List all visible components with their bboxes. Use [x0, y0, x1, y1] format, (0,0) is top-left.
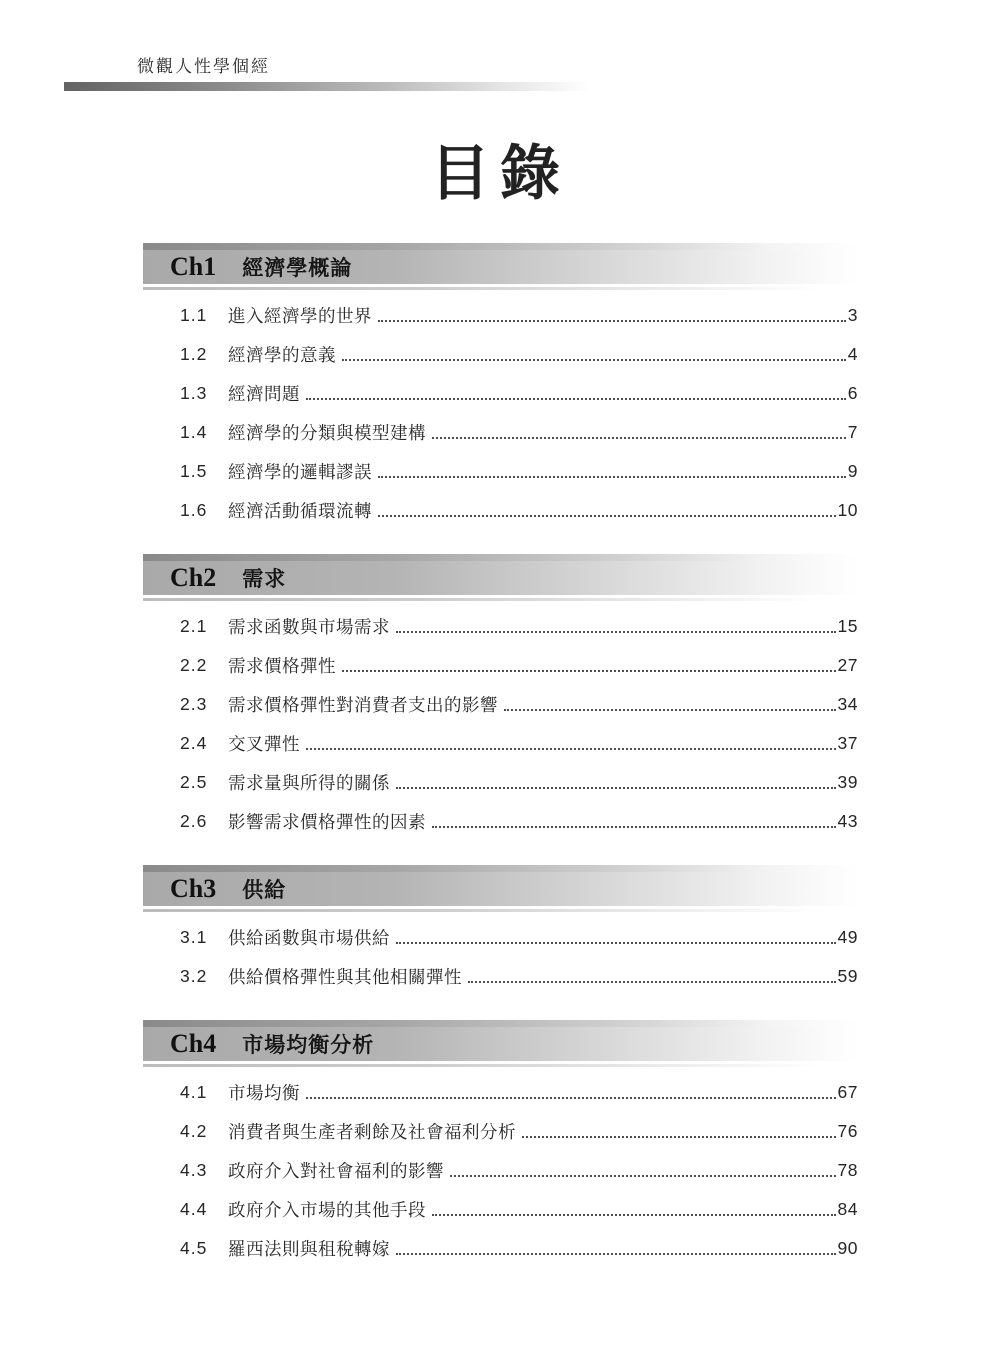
entry-page-number: 90	[838, 1238, 858, 1259]
entry-title: 消費者與生產者剩餘及社會福利分析	[228, 1119, 516, 1144]
entry-number: 2.4	[143, 733, 228, 754]
dot-leader	[378, 320, 846, 322]
chapter-entries: 3.1 供給函數與市場供給 49 3.2 供給價格彈性與其他相關彈性 59	[143, 915, 858, 996]
toc-entry[interactable]: 1.2 經濟學的意義 4	[143, 335, 858, 374]
chapter-bar-main: Ch1 經濟學概論	[143, 250, 858, 284]
entry-number: 2.1	[143, 616, 228, 637]
entry-page-number: 4	[848, 344, 858, 365]
entry-title: 進入經濟學的世界	[228, 303, 372, 328]
chapter-title: 供給	[242, 874, 286, 904]
chapter-entries: 2.1 需求函數與市場需求 15 2.2 需求價格彈性 27 2.3 需求價格彈…	[143, 604, 858, 841]
entry-number: 4.3	[143, 1160, 228, 1181]
toc-entry[interactable]: 4.5 羅西法則與租稅轉嫁 90	[143, 1229, 858, 1268]
chapter-header-bar: Ch1 經濟學概論	[143, 243, 858, 284]
entry-title: 需求價格彈性對消費者支出的影響	[228, 692, 498, 717]
chapter-section-ch4: Ch4 市場均衡分析 4.1 市場均衡 67 4.2 消費者與生產者剩餘及社會福…	[143, 1020, 858, 1268]
toc-entry[interactable]: 3.1 供給函數與市場供給 49	[143, 918, 858, 957]
entry-title: 影響需求價格彈性的因素	[228, 809, 426, 834]
entry-number: 4.2	[143, 1121, 228, 1142]
chapter-bar-bevel-top	[143, 554, 858, 561]
toc-entry[interactable]: 1.3 經濟問題 6	[143, 374, 858, 413]
toc-entry[interactable]: 2.3 需求價格彈性對消費者支出的影響 34	[143, 685, 858, 724]
toc-entry[interactable]: 2.4 交叉彈性 37	[143, 724, 858, 763]
entry-page-number: 49	[838, 927, 858, 948]
chapter-code: Ch4	[170, 1029, 216, 1059]
entry-number: 4.1	[143, 1082, 228, 1103]
entry-title: 政府介入市場的其他手段	[228, 1197, 426, 1222]
entry-title: 市場均衡	[228, 1080, 300, 1105]
dot-leader	[450, 1175, 836, 1177]
dot-leader	[396, 1253, 836, 1255]
entry-title: 經濟學的邏輯謬誤	[228, 459, 372, 484]
toc-entry[interactable]: 2.6 影響需求價格彈性的因素 43	[143, 802, 858, 841]
dot-leader	[504, 709, 836, 711]
entry-number: 1.5	[143, 461, 228, 482]
entry-number: 4.4	[143, 1199, 228, 1220]
header-rule	[64, 82, 591, 91]
entry-number: 2.5	[143, 772, 228, 793]
toc-entry[interactable]: 2.2 需求價格彈性 27	[143, 646, 858, 685]
toc-entry[interactable]: 4.1 市場均衡 67	[143, 1073, 858, 1112]
toc-entry[interactable]: 1.4 經濟學的分類與模型建構 7	[143, 413, 858, 452]
entry-title: 經濟學的分類與模型建構	[228, 420, 426, 445]
toc-page: { "page": { "running_head": "微觀人性學個經", "…	[0, 0, 1000, 1353]
page-title: 目錄	[0, 126, 1000, 212]
entry-page-number: 34	[838, 694, 858, 715]
dot-leader	[468, 981, 836, 983]
dot-leader	[432, 1214, 836, 1216]
chapter-code: Ch2	[170, 563, 216, 593]
entry-number: 1.4	[143, 422, 228, 443]
toc: Ch1 經濟學概論 1.1 進入經濟學的世界 3 1.2 經濟學的意義 4 1.…	[143, 243, 858, 1292]
chapter-bar-shadow-line	[143, 1064, 858, 1067]
entry-number: 1.6	[143, 500, 228, 521]
chapter-bar-shadow-line	[143, 598, 858, 601]
entry-title: 交叉彈性	[228, 731, 300, 756]
dot-leader	[306, 748, 836, 750]
toc-entry[interactable]: 1.6 經濟活動循環流轉 10	[143, 491, 858, 530]
entry-page-number: 3	[848, 305, 858, 326]
dot-leader	[378, 476, 846, 478]
entry-page-number: 37	[838, 733, 858, 754]
entry-title: 經濟問題	[228, 381, 300, 406]
toc-entry[interactable]: 4.3 政府介入對社會福利的影響 78	[143, 1151, 858, 1190]
chapter-bar-main: Ch4 市場均衡分析	[143, 1027, 858, 1061]
dot-leader	[432, 826, 836, 828]
entry-number: 2.2	[143, 655, 228, 676]
entry-number: 3.2	[143, 966, 228, 987]
entry-title: 政府介入對社會福利的影響	[228, 1158, 444, 1183]
entry-number: 3.1	[143, 927, 228, 948]
toc-entry[interactable]: 2.5 需求量與所得的關係 39	[143, 763, 858, 802]
dot-leader	[306, 1097, 836, 1099]
chapter-title: 經濟學概論	[242, 252, 352, 282]
entry-page-number: 67	[838, 1082, 858, 1103]
chapter-header-bar: Ch4 市場均衡分析	[143, 1020, 858, 1061]
toc-entry[interactable]: 1.5 經濟學的邏輯謬誤 9	[143, 452, 858, 491]
entry-title: 需求函數與市場需求	[228, 614, 390, 639]
dot-leader	[432, 437, 846, 439]
entry-number: 1.3	[143, 383, 228, 404]
entry-page-number: 6	[848, 383, 858, 404]
chapter-header-bar: Ch2 需求	[143, 554, 858, 595]
entry-page-number: 9	[848, 461, 858, 482]
toc-entry[interactable]: 4.4 政府介入市場的其他手段 84	[143, 1190, 858, 1229]
entry-page-number: 76	[838, 1121, 858, 1142]
chapter-code: Ch1	[170, 252, 216, 282]
chapter-bar-bevel-top	[143, 865, 858, 872]
chapter-title: 需求	[242, 563, 286, 593]
toc-entry[interactable]: 3.2 供給價格彈性與其他相關彈性 59	[143, 957, 858, 996]
chapter-header-bar: Ch3 供給	[143, 865, 858, 906]
entry-page-number: 84	[838, 1199, 858, 1220]
entry-page-number: 27	[838, 655, 858, 676]
entry-page-number: 7	[848, 422, 858, 443]
entry-number: 1.2	[143, 344, 228, 365]
entry-page-number: 39	[838, 772, 858, 793]
entry-page-number: 10	[838, 500, 858, 521]
entry-number: 4.5	[143, 1238, 228, 1259]
dot-leader	[396, 631, 836, 633]
entry-title: 經濟學的意義	[228, 342, 336, 367]
chapter-bar-main: Ch2 需求	[143, 561, 858, 595]
entry-number: 2.6	[143, 811, 228, 832]
toc-entry[interactable]: 1.1 進入經濟學的世界 3	[143, 296, 858, 335]
entry-number: 2.3	[143, 694, 228, 715]
toc-entry[interactable]: 2.1 需求函數與市場需求 15	[143, 607, 858, 646]
dot-leader	[306, 398, 846, 400]
entry-title: 需求量與所得的關係	[228, 770, 390, 795]
chapter-bar-shadow-line	[143, 909, 858, 912]
dot-leader	[396, 787, 836, 789]
entry-title: 供給函數與市場供給	[228, 925, 390, 950]
entry-title: 供給價格彈性與其他相關彈性	[228, 964, 462, 989]
chapter-title: 市場均衡分析	[242, 1029, 374, 1059]
chapter-entries: 4.1 市場均衡 67 4.2 消費者與生產者剩餘及社會福利分析 76 4.3 …	[143, 1070, 858, 1268]
entry-title: 羅西法則與租稅轉嫁	[228, 1236, 390, 1261]
entry-title: 需求價格彈性	[228, 653, 336, 678]
chapter-code: Ch3	[170, 874, 216, 904]
running-head: 微觀人性學個經	[137, 52, 270, 77]
chapter-entries: 1.1 進入經濟學的世界 3 1.2 經濟學的意義 4 1.3 經濟問題 6 1…	[143, 293, 858, 530]
entry-title: 經濟活動循環流轉	[228, 498, 372, 523]
chapter-section-ch2: Ch2 需求 2.1 需求函數與市場需求 15 2.2 需求價格彈性 27 2.…	[143, 554, 858, 841]
chapter-section-ch1: Ch1 經濟學概論 1.1 進入經濟學的世界 3 1.2 經濟學的意義 4 1.…	[143, 243, 858, 530]
entry-page-number: 43	[838, 811, 858, 832]
dot-leader	[378, 515, 836, 517]
entry-page-number: 78	[838, 1160, 858, 1181]
dot-leader	[522, 1136, 836, 1138]
dot-leader	[342, 670, 836, 672]
chapter-bar-bevel-top	[143, 243, 858, 250]
chapter-section-ch3: Ch3 供給 3.1 供給函數與市場供給 49 3.2 供給價格彈性與其他相關彈…	[143, 865, 858, 996]
entry-page-number: 15	[838, 616, 858, 637]
toc-entry[interactable]: 4.2 消費者與生產者剩餘及社會福利分析 76	[143, 1112, 858, 1151]
entry-number: 1.1	[143, 305, 228, 326]
entry-page-number: 59	[838, 966, 858, 987]
dot-leader	[342, 359, 846, 361]
chapter-bar-shadow-line	[143, 287, 858, 290]
dot-leader	[396, 942, 836, 944]
chapter-bar-bevel-top	[143, 1020, 858, 1027]
chapter-bar-main: Ch3 供給	[143, 872, 858, 906]
